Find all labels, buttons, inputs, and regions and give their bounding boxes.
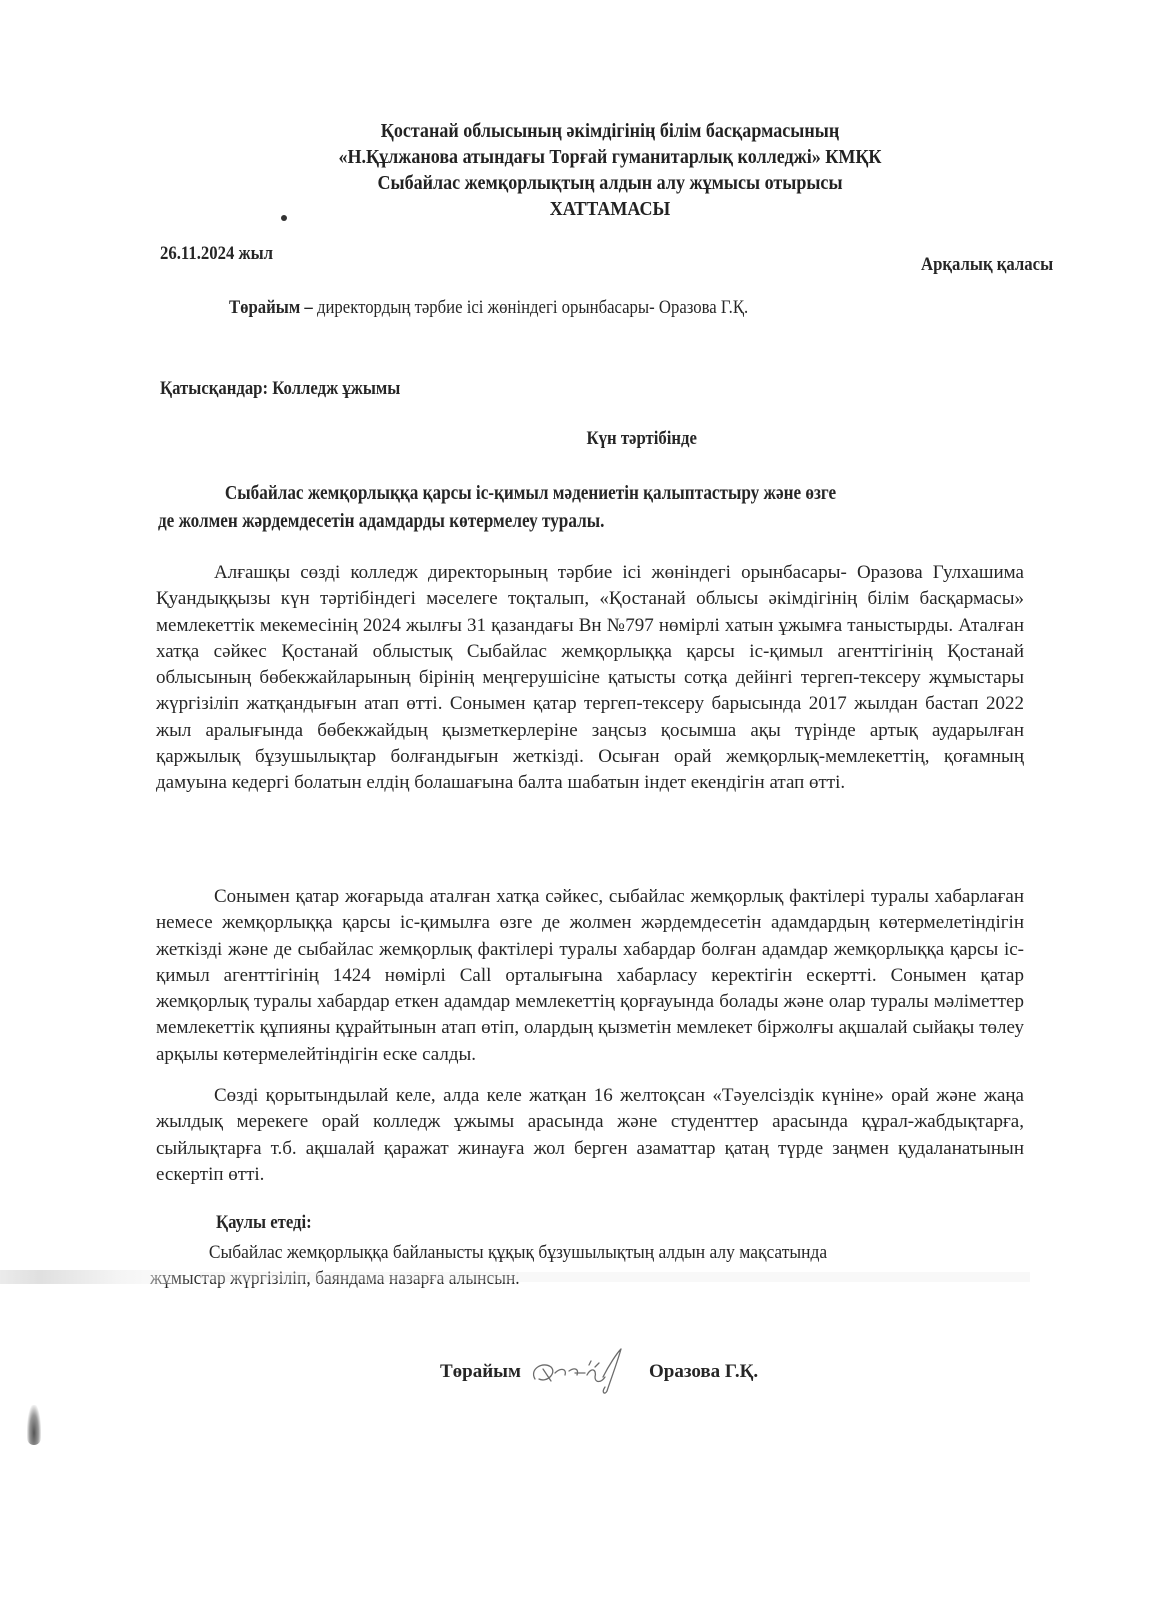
agenda-topic-line-1: Сыбайлас жемқорлыққа қарсы іс-қимыл мәде… [158,480,1029,508]
document-header: Қостанай облысының әкімдігінің білім бас… [214,118,1006,222]
resolution-line-1: Сыбайлас жемқорлыққа байланысты құқық бұ… [150,1240,960,1266]
resolution-text: Сыбайлас жемқорлыққа байланысты құқық бұ… [150,1240,960,1292]
signature-block: Төрайым Оразова Г.Қ. [440,1347,758,1397]
scan-streak-artifact [0,1270,200,1284]
signature-role: Төрайым [440,1361,521,1383]
header-meeting-line: Сыбайлас жемқорлықтың алдын алу жұмысы о… [214,170,1006,196]
body-paragraph-3: Сөзді қорытындылай келе, алда келе жатқа… [156,1083,1024,1188]
paragraph-text: Сөзді қорытындылай келе, алда келе жатқа… [156,1083,1024,1188]
document-date: 26.11.2024 жыл [160,243,273,265]
scan-streak-artifact [200,1272,1030,1282]
scan-smudge-artifact [27,1405,41,1445]
header-college-line: «Н.Құлжанова атындағы Торғай гуманитарлы… [214,144,1006,170]
document-city: Арқалық қаласы [921,254,1053,276]
attendees-line: Қатысқандар: Колледж ұжымы [160,378,400,400]
paragraph-text: Сонымен қатар жоғарыда аталған хатқа сәй… [156,884,1024,1068]
document-page: Қостанай облысының әкімдігінің білім бас… [0,0,1163,1600]
resolution-title: Қаулы етеді: [216,1212,312,1234]
handwritten-signature-icon [525,1347,645,1397]
agenda-topic-line-2: де жолмен жәрдемдесетін адамдарды көтерм… [158,508,1029,536]
agenda-topic: Сыбайлас жемқорлыққа қарсы іс-қимыл мәде… [158,480,1029,536]
header-org-line: Қостанай облысының әкімдігінің білім бас… [214,118,1006,144]
signature-name: Оразова Г.Қ. [649,1361,758,1383]
body-paragraph-1: Алғашқы сөзді колледж директорының тәрби… [156,560,1024,797]
chairperson-label: Төрайым – [229,297,313,318]
chairperson-text: директордың тәрбие ісі жөніндегі орынбас… [313,297,748,318]
agenda-title: Күн тәртібінде [586,428,696,450]
chairperson-line: Төрайым – директордың тәрбие ісі жөнінде… [229,297,748,319]
agenda-heading: Күн тәртібінде [0,428,1163,450]
scan-dot-artifact [281,215,287,221]
document-title: ХАТТАМАСЫ [214,196,1006,222]
body-paragraph-2: Сонымен қатар жоғарыда аталған хатқа сәй… [156,884,1024,1068]
paragraph-text: Алғашқы сөзді колледж директорының тәрби… [156,560,1024,797]
